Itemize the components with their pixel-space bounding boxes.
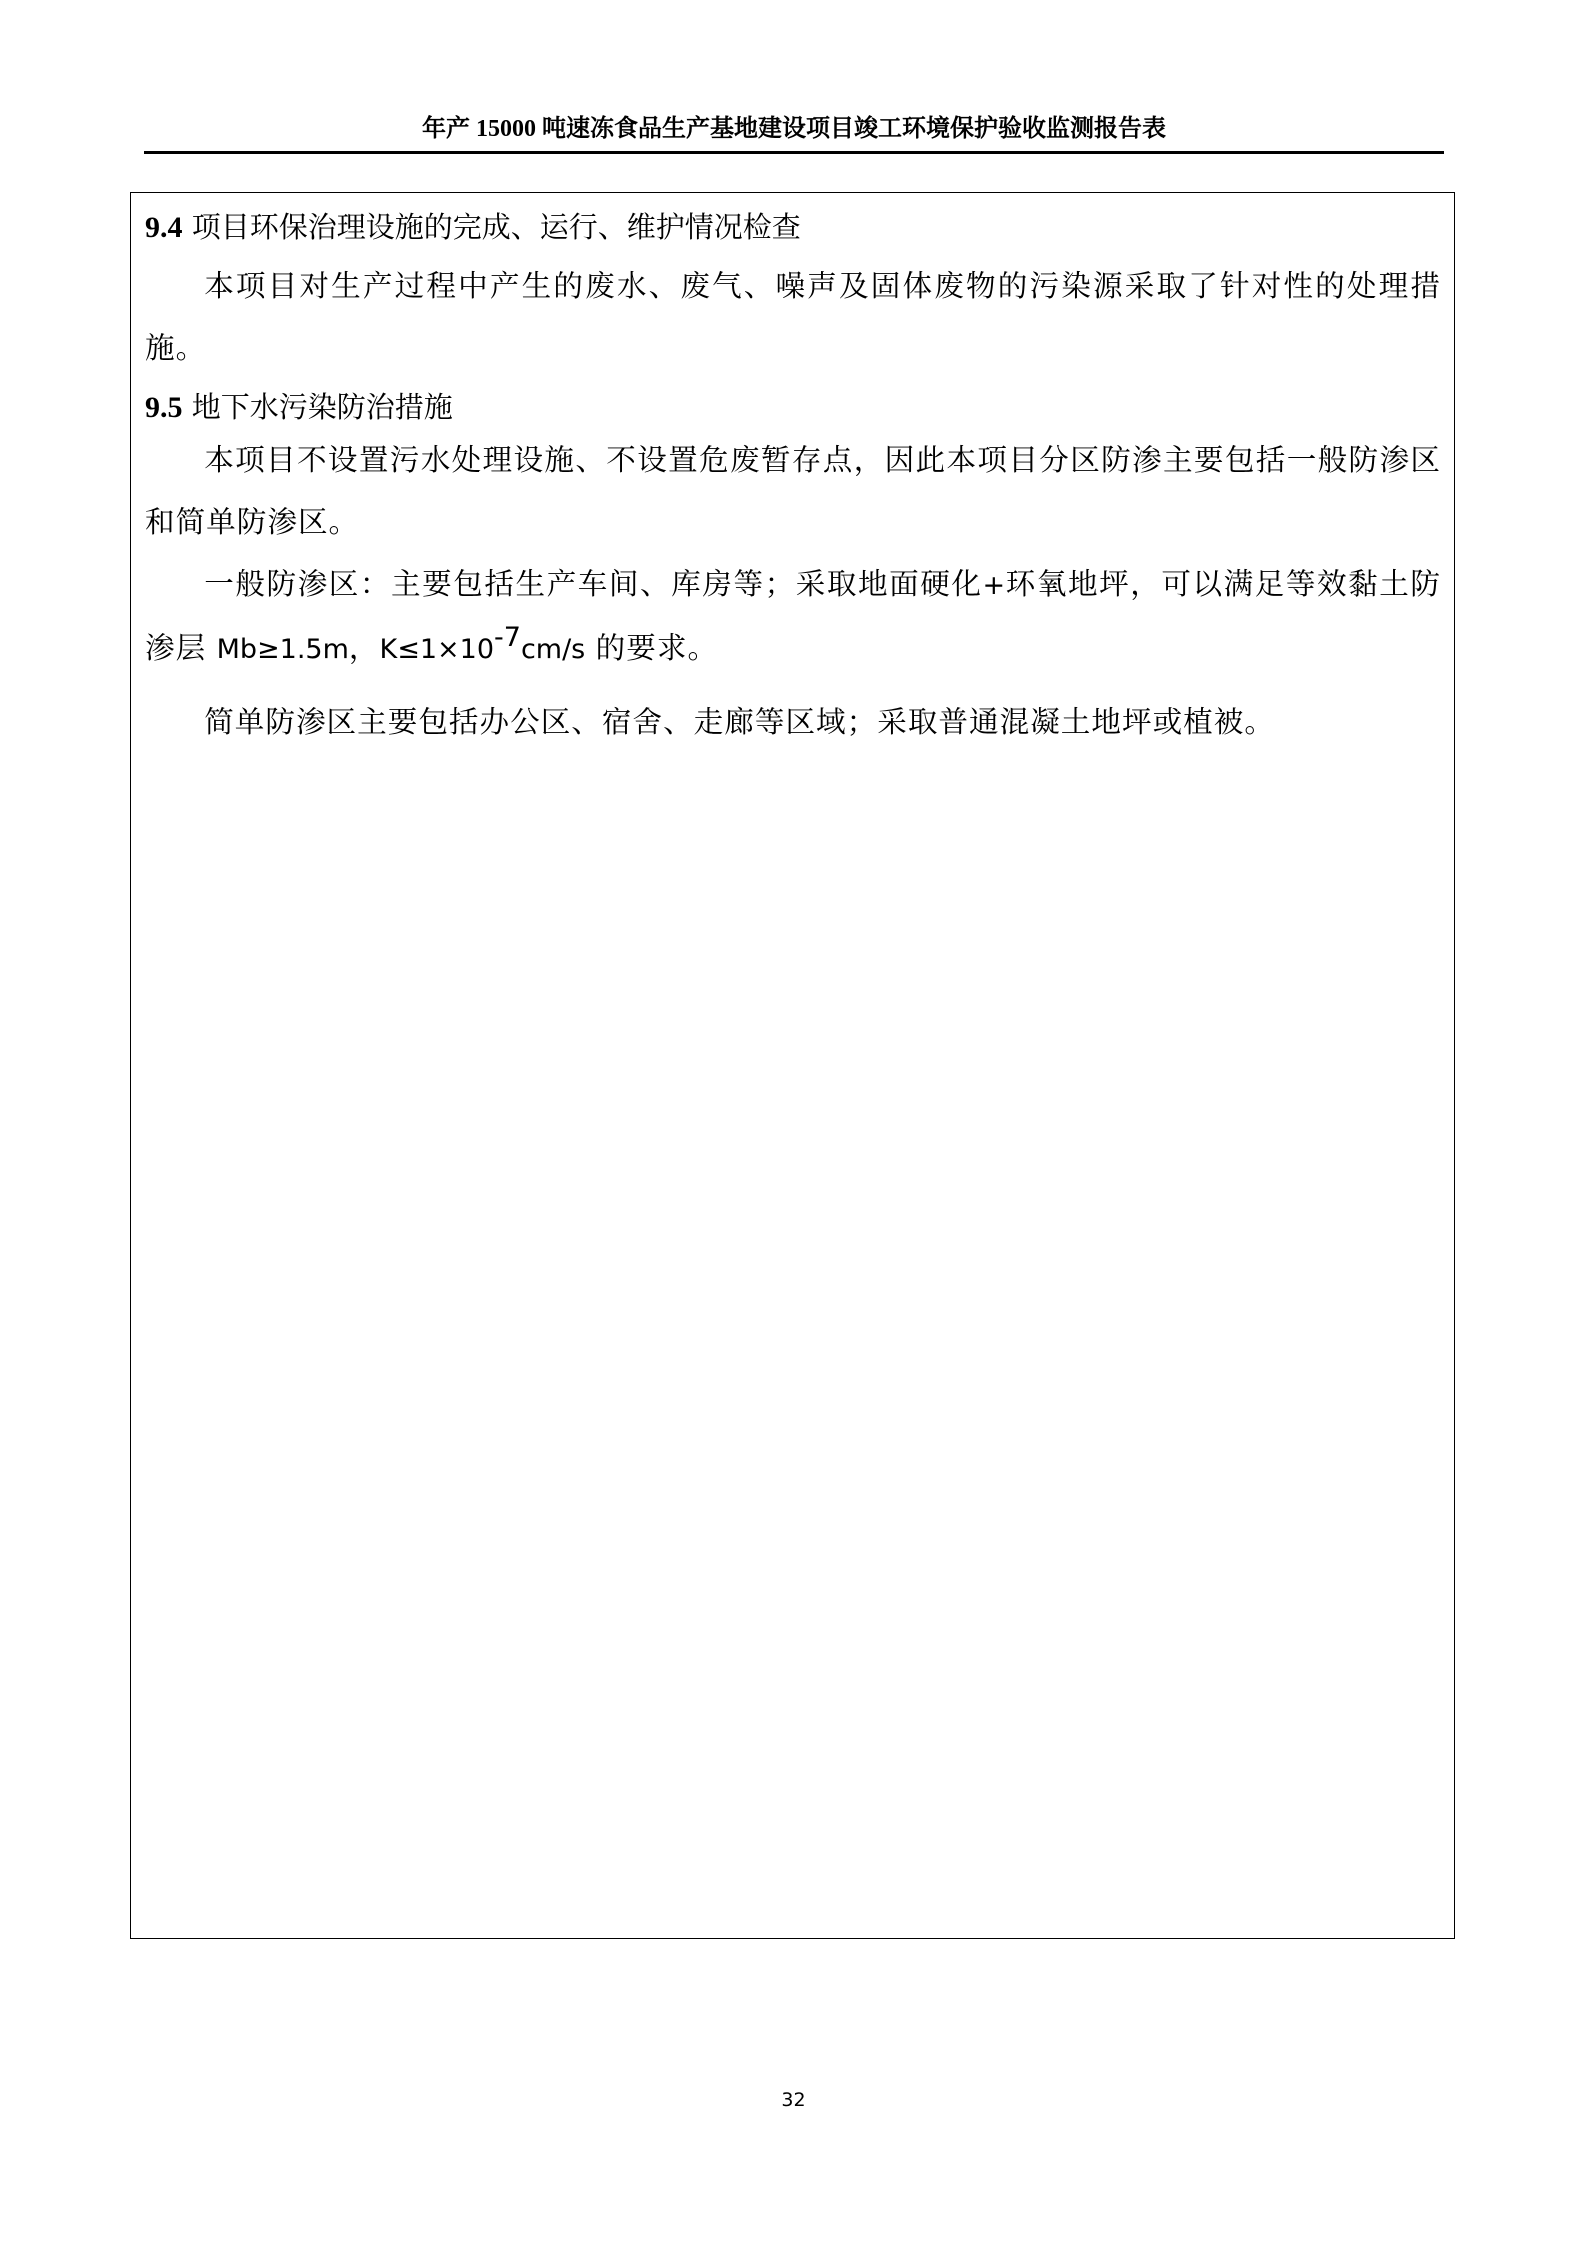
page-number: 32 bbox=[0, 2088, 1587, 2112]
paragraph-simple-seepage-zone: 简单防渗区主要包括办公区、宿舍、走廊等区域；采取普通混凝土地坪或植被。 bbox=[145, 691, 1441, 753]
k-exponent: -7 bbox=[494, 622, 521, 653]
paragraph-zoning-overview: 本项目不设置污水处理设施、不设置危废暂存点，因此本项目分区防渗主要包括一般防渗区… bbox=[145, 429, 1441, 553]
content-body: 9.4 项目环保治理设施的完成、运行、维护情况检查 本项目对生产过程中产生的废水… bbox=[145, 205, 1441, 753]
text-segment: 的要求。 bbox=[585, 631, 718, 665]
page-header-title: 年产 15000 吨速冻食品生产基地建设项目竣工环境保护验收监测报告表 bbox=[144, 112, 1444, 146]
paragraph-general-seepage-zone: 一般防渗区：主要包括生产车间、库房等；采取地面硬化+环氧地坪，可以满足等效黏土防… bbox=[145, 553, 1441, 681]
content-table-cell: 9.4 项目环保治理设施的完成、运行、维护情况检查 本项目对生产过程中产生的废水… bbox=[130, 192, 1455, 1939]
section-title: 项目环保治理设施的完成、运行、维护情况检查 bbox=[192, 210, 801, 244]
section-number: 9.4 bbox=[145, 211, 183, 244]
paragraph-facilities-check: 本项目对生产过程中产生的废水、废气、噪声及固体废物的污染源采取了针对性的处理措施… bbox=[145, 255, 1441, 379]
k-unit: cm/s bbox=[521, 634, 585, 665]
section-heading-9-4: 9.4 项目环保治理设施的完成、运行、维护情况检查 bbox=[145, 205, 1441, 249]
section-number: 9.5 bbox=[145, 391, 183, 424]
text-segment: ， bbox=[349, 631, 380, 665]
mb-requirement: Mb≥1.5m bbox=[217, 634, 349, 665]
text-segment: 一般防渗区：主要包括生产车间、库房等；采取地面硬化 bbox=[204, 567, 982, 601]
section-heading-9-5: 9.5 地下水污染防治措施 bbox=[145, 385, 1441, 429]
section-title: 地下水污染防治措施 bbox=[192, 390, 453, 424]
k-requirement: K≤1×10 bbox=[380, 634, 495, 665]
header-divider bbox=[144, 151, 1444, 154]
text-segment: + bbox=[983, 570, 1006, 601]
